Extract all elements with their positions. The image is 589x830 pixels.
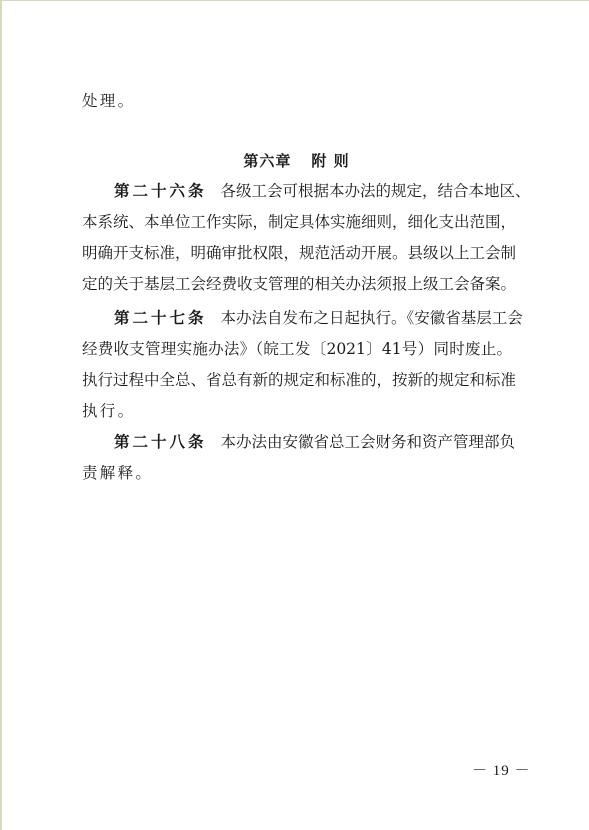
chapter-heading: 第六章附 则 [2,151,589,171]
article-27-text: 本办法自发布之日起执行。《安徽省基层工会 [221,309,523,327]
chapter-number: 第六章 [243,152,291,170]
document-page: 处理。 第六章附 则 第二十六条各级工会可根据本办法的规定，结合本地区、 本系统… [0,0,589,830]
article-27-line-4: 执行。 [82,401,512,421]
article-27-line-1: 第二十七条本办法自发布之日起执行。《安徽省基层工会 [82,308,512,328]
article-26-line-3: 明确开支标准，明确审批权限，规范活动开展。县级以上工会制 [82,243,512,263]
article-28-line-1: 第二十八条本办法由安徽省总工会财务和资产管理部负 [82,432,512,452]
article-26-line-1: 第二十六条各级工会可根据本办法的规定，结合本地区、 [82,181,512,201]
article-27-number: 第二十七条 [114,309,207,327]
article-26-text: 各级工会可根据本办法的规定，结合本地区、 [221,182,531,200]
article-27-line-3: 执行过程中全总、省总有新的规定和标准的，按新的规定和标准 [82,370,512,390]
continuation-text: 处理。 [82,91,512,111]
chapter-title: 附 则 [311,152,349,170]
article-28-number: 第二十八条 [114,433,207,451]
article-26-line-4: 定的关于基层工会经费收支管理的相关办法须报上级工会备案。 [82,274,512,294]
article-28-text: 本办法由安徽省总工会财务和资产管理部负 [221,433,516,451]
article-26-line-2: 本系统、本单位工作实际，制定具体实施细则，细化支出范围， [82,212,512,232]
article-28-line-2: 责解释。 [82,463,512,483]
page-number: － 19 － [472,761,531,781]
article-26-number: 第二十六条 [114,182,207,200]
article-27-line-2: 经费收支管理实施办法》（皖工发〔2021〕41号）同时废止。 [82,339,512,359]
